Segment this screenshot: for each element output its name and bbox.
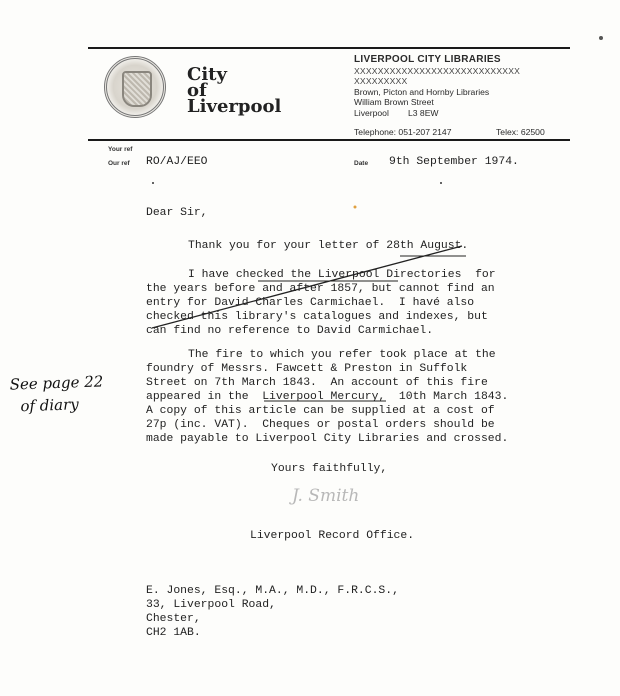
struck-out-line: XXXXXXXXXXXXXXXXXXXXXXXXXXXX [354, 66, 520, 77]
city-crest-logo [104, 56, 166, 118]
letterhead-top-rule [88, 47, 570, 49]
struck-out-line: XXXXXXXXX [354, 76, 520, 87]
date-value: 9th September 1974. [389, 155, 519, 169]
telex-number: Telex: 62500 [496, 127, 545, 137]
telephone-number: Telephone: 051-207 2147 [354, 127, 451, 137]
signature: J. Smith [292, 486, 359, 506]
address-line: Liverpool L3 8EW [354, 108, 520, 119]
our-ref-value: RO/AJ/EEO [146, 155, 208, 169]
recipient-address: E. Jones, Esq., M.A., M.D., F.R.C.S., 33… [146, 584, 399, 640]
letterhead-bottom-rule [88, 139, 570, 141]
our-ref-label: Our ref [108, 160, 130, 167]
paragraph-2: I have checked the Liverpool Directories… [146, 268, 496, 338]
library-address-block: LIVERPOOL CITY LIBRARIES XXXXXXXXXXXXXXX… [354, 55, 520, 118]
address-line: Brown, Picton and Hornby Libraries [354, 87, 520, 98]
signatory: Liverpool Record Office. [250, 529, 414, 543]
paragraph-1: Thank you for your letter of 28th August… [188, 239, 468, 253]
salutation: Dear Sir, [146, 206, 208, 220]
city-of-liverpool-wordmark: City of Liverpool [187, 67, 281, 115]
closing: Yours faithfully, [271, 462, 387, 476]
paragraph-3: The fire to which you refer took place a… [146, 348, 508, 446]
library-name: LIVERPOOL CITY LIBRARIES [354, 55, 520, 66]
date-label: Date [354, 160, 368, 167]
handwritten-annotation: See page 22 of diary [9, 370, 104, 417]
your-ref-label: Your ref [108, 146, 132, 153]
address-line: William Brown Street [354, 97, 520, 108]
